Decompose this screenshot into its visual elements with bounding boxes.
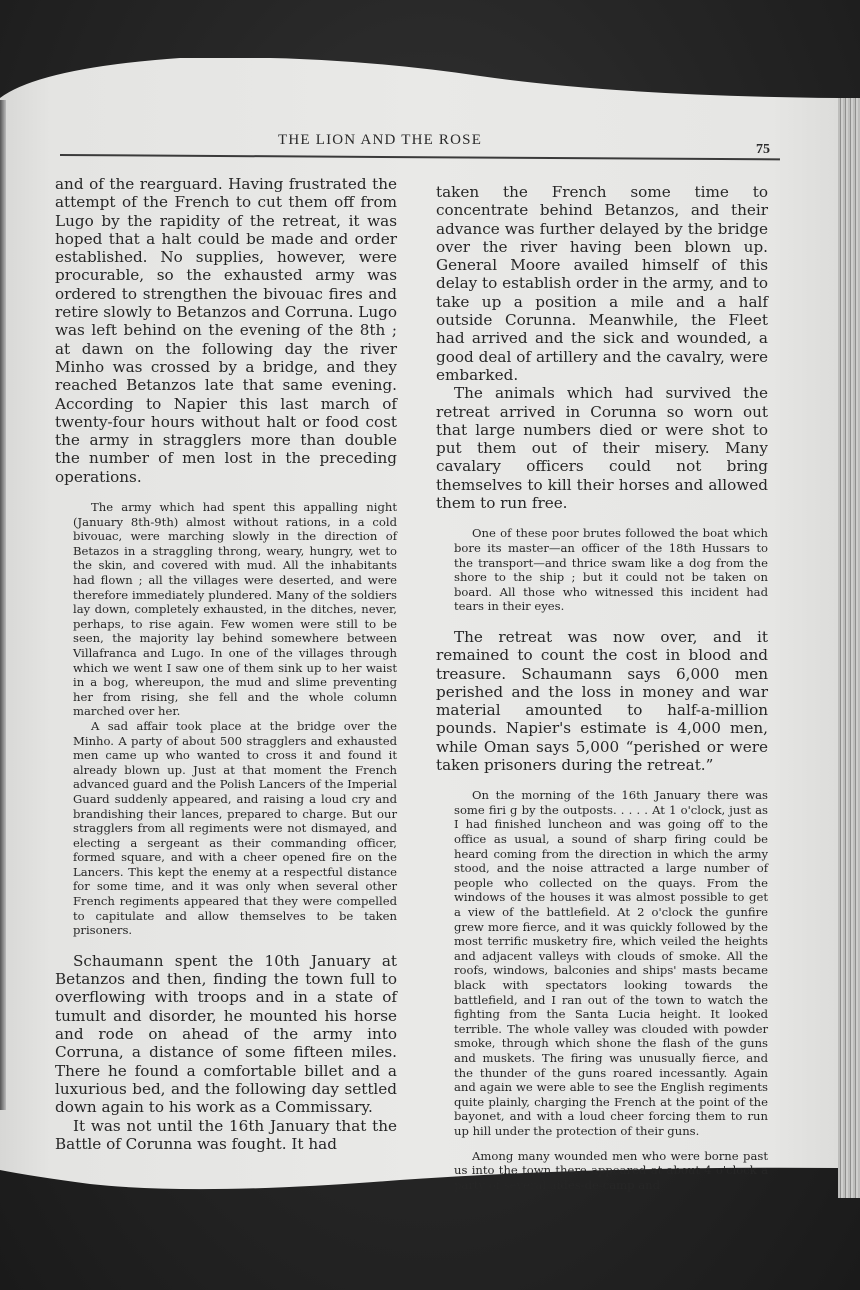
- page-stack-edges: [838, 98, 860, 1198]
- paragraph: The retreat was now over, and it remaine…: [436, 628, 768, 774]
- header-rule: [60, 154, 780, 160]
- left-column: and of the rearguard. Having frustrated …: [55, 175, 397, 1153]
- right-column: taken the French some time to concentrat…: [436, 183, 768, 1192]
- paragraph: Schaumann spent the 10th January at Beta…: [55, 952, 397, 1117]
- block-quote: One of these poor brutes followed the bo…: [454, 526, 768, 614]
- block-quote: A sad affair took place at the bridge ov…: [73, 719, 397, 938]
- running-title: THE LION AND THE ROSE: [278, 132, 482, 149]
- paragraph: The animals which had survived the retre…: [436, 384, 768, 512]
- paragraph: and of the rearguard. Having frustrated …: [55, 175, 397, 486]
- paragraph: It was not until the 16th January that t…: [55, 1117, 397, 1154]
- block-quote: On the morning of the 16th January there…: [454, 788, 768, 1138]
- page-binding-shadow: [0, 100, 6, 1110]
- block-quote: The army which had spent this appalling …: [73, 500, 397, 719]
- paragraph: taken the French some time to concentrat…: [436, 183, 768, 384]
- running-header: THE LION AND THE ROSE 75: [60, 130, 780, 162]
- page-number: 75: [756, 142, 770, 158]
- block-quote: Among many wounded men who were borne pa…: [454, 1149, 768, 1193]
